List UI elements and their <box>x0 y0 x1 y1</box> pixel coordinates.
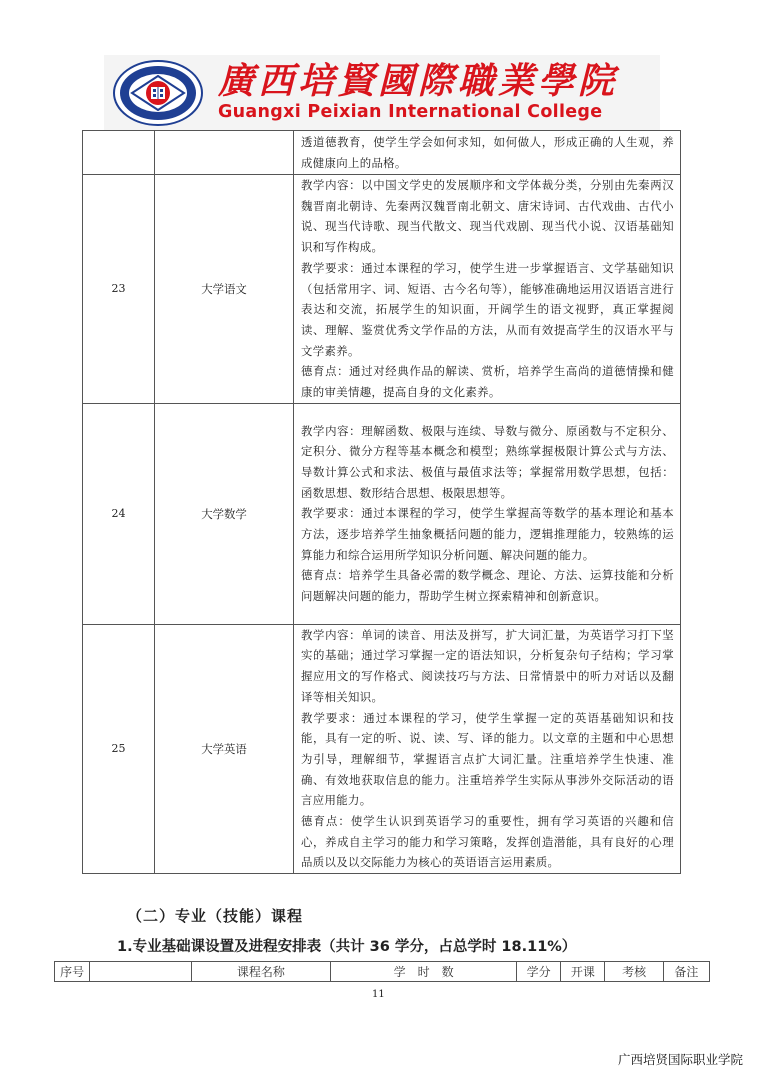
table-row: 24 大学数学 教学内容：理解函数、极限与连续、导数与微分、原函数与不定积分、定… <box>83 403 681 624</box>
course-name: 大学英语 <box>155 624 294 873</box>
description-paragraph: 透道德教育，使学生学会如何求知，如何做人，形成正确的人生观，养成健康向上的品格。 <box>301 132 674 173</box>
table-row: 25 大学英语 教学内容：单词的读音、用法及拼写，扩大词汇量，为英语学习打下坚实… <box>83 624 681 873</box>
course-number: 24 <box>83 403 155 624</box>
teaching-requirements: 教学要求：通过本课程的学习，使学生掌握高等数学的基本理论和基本方法，逐步培养学生… <box>301 503 674 565</box>
table-row: 23 大学语文 教学内容：以中国文学史的发展顺序和文学体裁分类，分别由先秦两汉魏… <box>83 175 681 404</box>
course-description: 教学内容：理解函数、极限与连续、导数与微分、原函数与不定积分、定积分、微分方程等… <box>294 403 681 624</box>
header-cell-credits: 学分 <box>517 962 561 982</box>
course-number: 23 <box>83 175 155 404</box>
header-cell-blank <box>90 962 191 982</box>
moral-education-point: 德育点：培养学生具备必需的数学概念、理论、方法、运算技能和分析问题解决问题的能力… <box>301 565 674 606</box>
page-number: 11 <box>372 989 385 1000</box>
course-description: 教学内容：以中国文学史的发展顺序和文学体裁分类，分别由先秦两汉魏晋南北朝诗、先秦… <box>294 175 681 404</box>
course-description: 教学内容：单词的读音、用法及拼写，扩大词汇量，为英语学习打下坚实的基础；通过学习… <box>294 624 681 873</box>
header-cell-number: 序号 <box>55 962 90 982</box>
section-title: （二）专业（技能）课程 <box>127 905 303 926</box>
college-name-cn: 廣西培賢國際職業學院 <box>218 61 618 101</box>
header-cell-hours: 学 时 数 <box>331 962 517 982</box>
course-description-table: 透道德教育，使学生学会如何求知，如何做人，形成正确的人生观，养成健康向上的品格。… <box>82 130 681 874</box>
moral-education-point: 德育点：通过对经典作品的解读、赏析，培养学生高尚的道德情操和健康的审美情趣，提高… <box>301 361 674 402</box>
header-cell-notes: 备注 <box>663 962 709 982</box>
course-number <box>83 131 155 175</box>
teaching-requirements: 教学要求：通过本课程的学习，使学生进一步掌握语言、文学基础知识（包括常用字、词、… <box>301 258 674 362</box>
college-name-en: Guangxi Peixian International College <box>218 101 602 123</box>
header-cell-semester: 开课 <box>561 962 605 982</box>
plan-table-header-row: 序号 课程名称 学 时 数 学分 开课 考核 备注 <box>55 962 710 982</box>
course-name: 大学数学 <box>155 403 294 624</box>
course-name: 大学语文 <box>155 175 294 404</box>
college-logo-icon <box>112 59 204 127</box>
moral-education-point: 德育点：使学生认识到英语学习的重要性，拥有学习英语的兴趣和信心，养成自主学习的能… <box>301 811 674 873</box>
section-subtitle: 1.专业基础课设置及进程安排表（共计 36 学分，占总学时 18.11%） <box>117 935 576 956</box>
college-banner: 廣西培賢國際職業學院 Guangxi Peixian International… <box>104 55 660 131</box>
teaching-content: 教学内容：以中国文学史的发展顺序和文学体裁分类，分别由先秦两汉魏晋南北朝诗、先秦… <box>301 175 674 258</box>
course-plan-table: 序号 课程名称 学 时 数 学分 开课 考核 备注 <box>54 961 710 982</box>
teaching-content: 教学内容：单词的读音、用法及拼写，扩大词汇量，为英语学习打下坚实的基础；通过学习… <box>301 625 674 708</box>
teaching-content: 教学内容：理解函数、极限与连续、导数与微分、原函数与不定积分、定积分、微分方程等… <box>301 421 674 504</box>
teaching-requirements: 教学要求：通过本课程的学习，使学生掌握一定的英语基础知识和技能，具有一定的听、说… <box>301 708 674 812</box>
footer-college-name: 广西培贤国际职业学院 <box>618 1050 743 1068</box>
table-row-continued: 透道德教育，使学生学会如何求知，如何做人，形成正确的人生观，养成健康向上的品格。 <box>83 131 681 175</box>
header-cell-assessment: 考核 <box>605 962 663 982</box>
course-number: 25 <box>83 624 155 873</box>
course-name <box>155 131 294 175</box>
header-cell-course-name: 课程名称 <box>191 962 331 982</box>
course-description: 透道德教育，使学生学会如何求知，如何做人，形成正确的人生观，养成健康向上的品格。 <box>294 131 681 175</box>
